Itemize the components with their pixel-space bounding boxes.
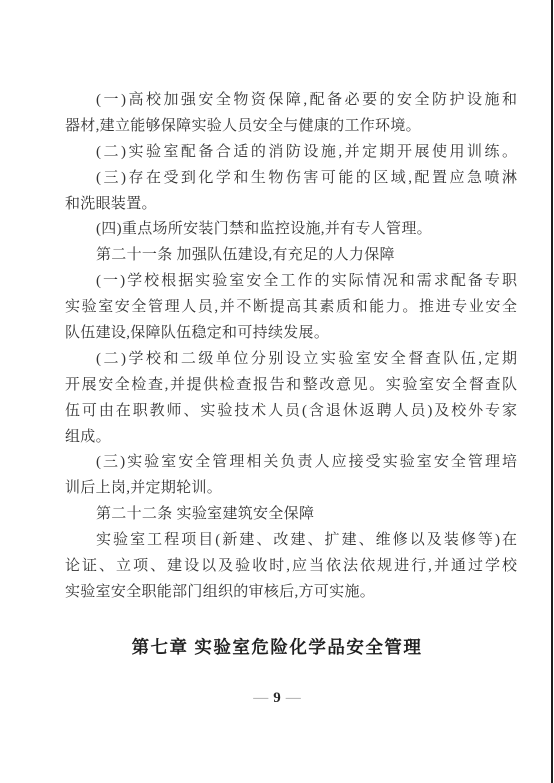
chapter-heading: 第七章 实验室危险化学品安全管理 bbox=[0, 633, 554, 661]
text-line: 训后上岗,并定期轮训。 bbox=[65, 476, 517, 502]
text-line: 队伍建设,保障队伍稳定和可持续发展。 bbox=[65, 321, 517, 347]
text-line: 第二十二条 实验室建筑安全保障 bbox=[65, 502, 517, 528]
page-number-value: 9 bbox=[271, 690, 283, 706]
text-line: (三)存在受到化学和生物伤害可能的区域,配置应急喷淋 bbox=[65, 166, 517, 192]
text-line: (一)高校加强安全物资保障,配备必要的安全防护设施和 bbox=[65, 88, 517, 114]
text-line: 第二十一条 加强队伍建设,有充足的人力保障 bbox=[65, 243, 517, 269]
text-line: 伍可由在职教师、实验技术人员(含退休返聘人员)及校外专家 bbox=[65, 399, 517, 425]
text-line: 组成。 bbox=[65, 425, 517, 451]
text-line: (二)学校和二级单位分别设立实验室安全督查队伍,定期 bbox=[65, 347, 517, 373]
text-line: 和洗眼装置。 bbox=[65, 192, 517, 218]
text-line: (三)实验室安全管理相关负责人应接受实验室安全管理培 bbox=[65, 450, 517, 476]
text-line: 开展安全检查,并提供检查报告和整改意见。实验室安全督查队 bbox=[65, 373, 517, 399]
text-line: 实验室安全职能部门组织的审核后,方可实施。 bbox=[65, 580, 517, 606]
page-number-dash-left: — bbox=[250, 690, 271, 706]
text-line: (一)学校根据实验室安全工作的实际情况和需求配备专职 bbox=[65, 269, 517, 295]
page-number-dash-right: — bbox=[283, 690, 304, 706]
document-page: (一)高校加强安全物资保障,配备必要的安全防护设施和 器材,建立能够保障实验人员… bbox=[0, 0, 554, 783]
text-line: 器材,建立能够保障实验人员安全与健康的工作环境。 bbox=[65, 114, 517, 140]
scan-edge-artifact bbox=[551, 0, 553, 783]
page-number: —9— bbox=[0, 688, 554, 708]
text-line: 实验室工程项目(新建、改建、扩建、维修以及装修等)在 bbox=[65, 528, 517, 554]
text-line: 论证、立项、建设以及验收时,应当依法依规进行,并通过学校 bbox=[65, 554, 517, 580]
text-line: (二)实验室配备合适的消防设施,并定期开展使用训练。 bbox=[65, 140, 517, 166]
text-line: 实验室安全管理人员,并不断提高其素质和能力。推进专业安全 bbox=[65, 295, 517, 321]
body-text: (一)高校加强安全物资保障,配备必要的安全防护设施和 器材,建立能够保障实验人员… bbox=[65, 88, 517, 606]
text-line: (四)重点场所安装门禁和监控设施,并有专人管理。 bbox=[65, 217, 517, 243]
